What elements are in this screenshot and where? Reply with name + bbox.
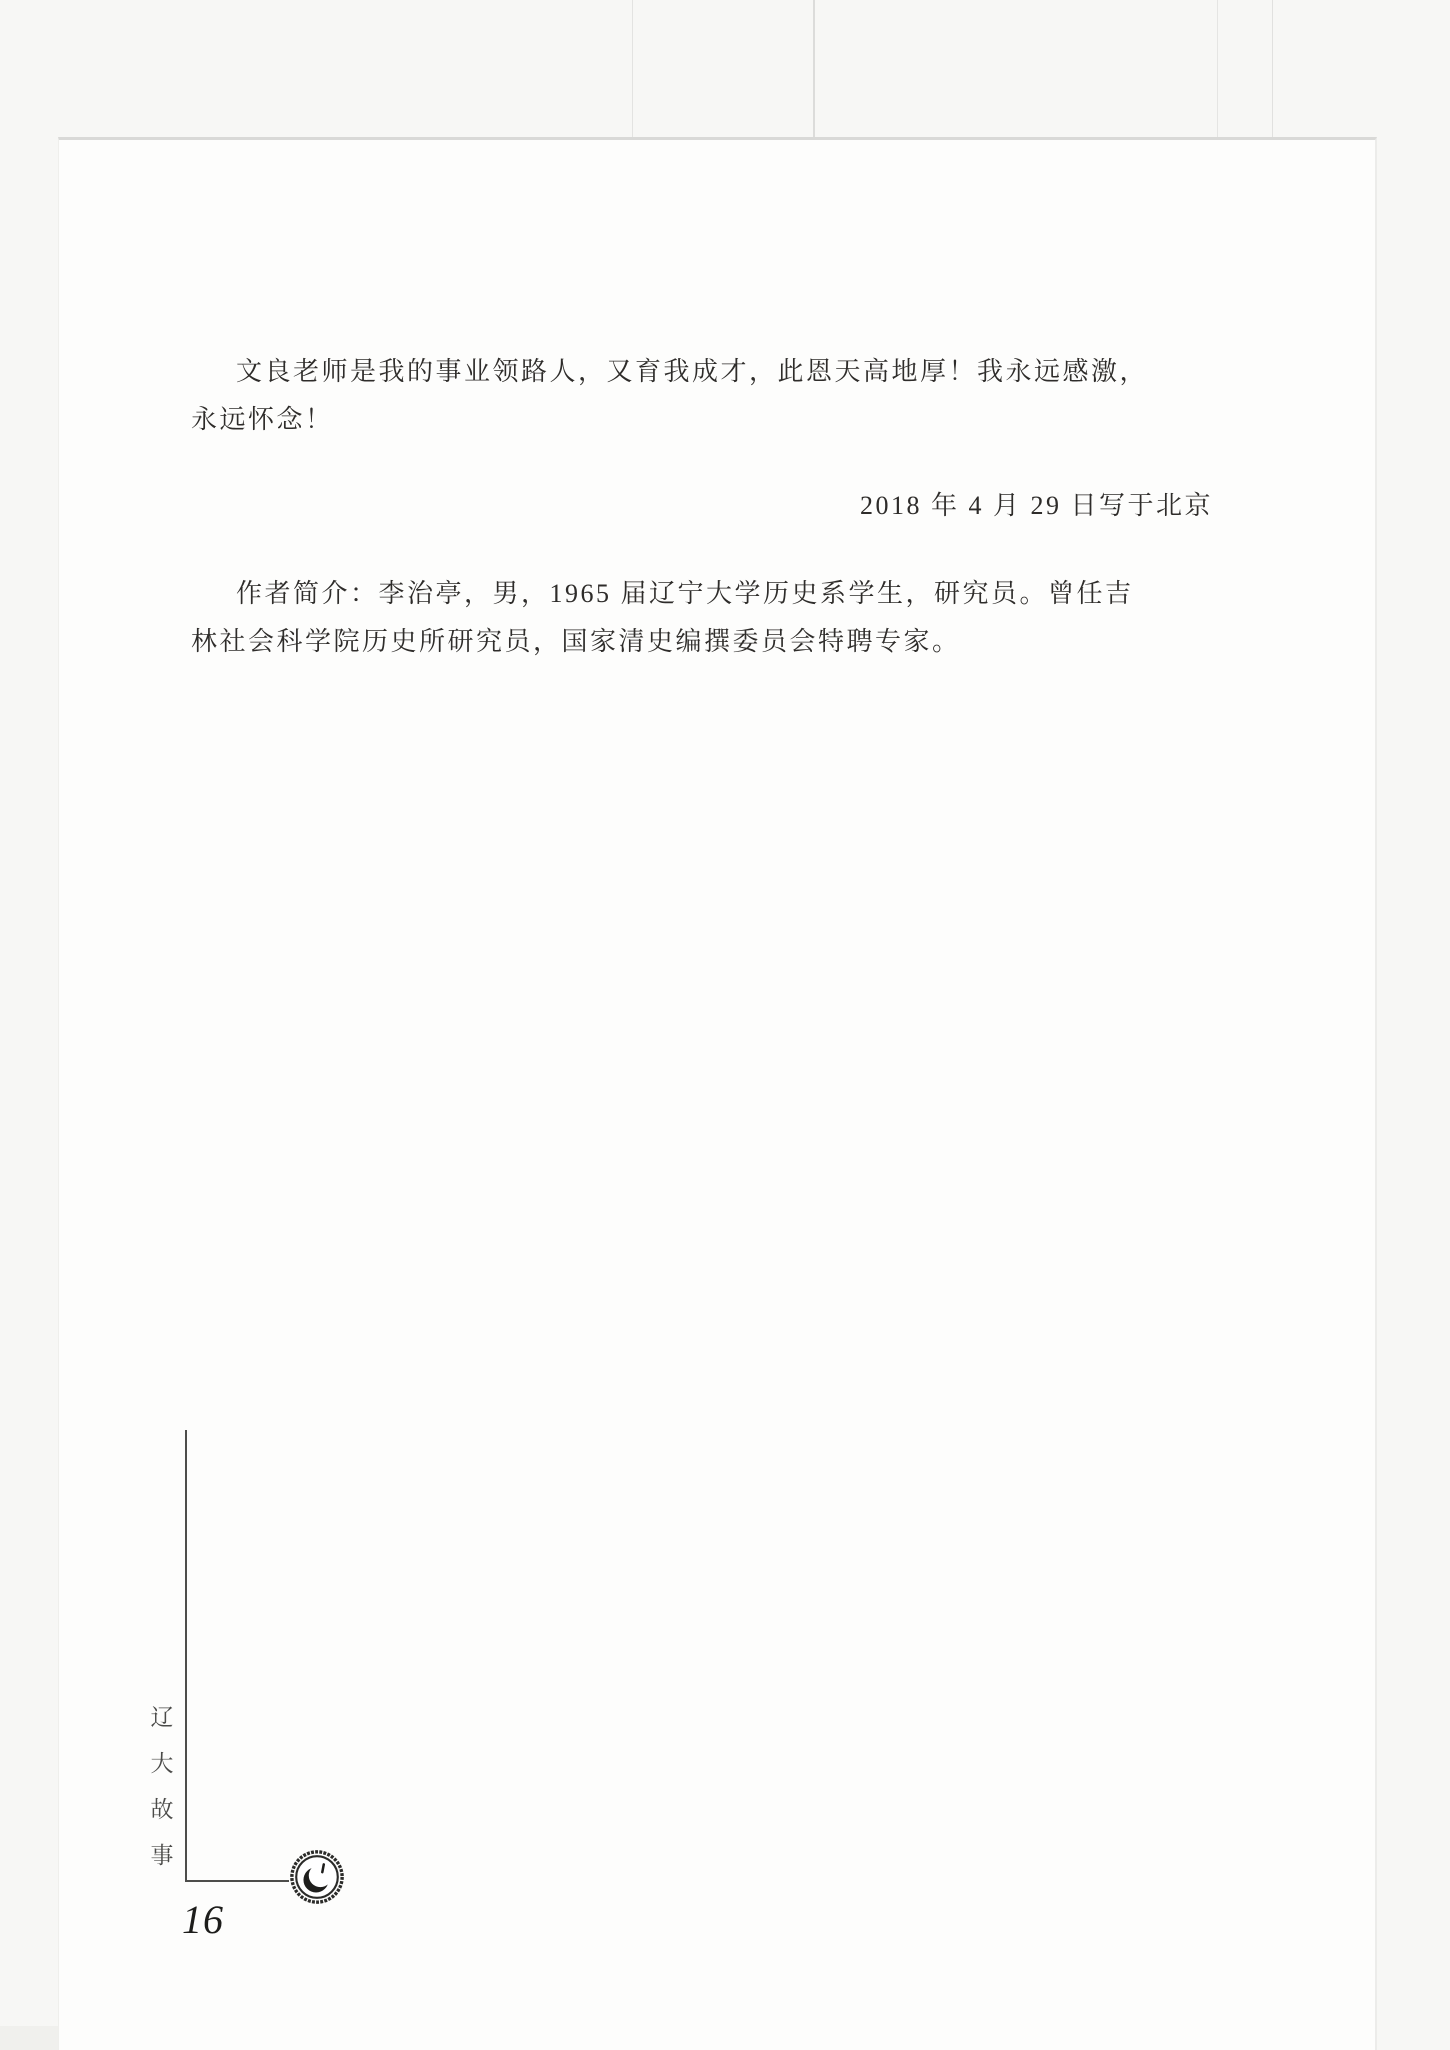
scan-streak-line: [1217, 0, 1218, 139]
bio-line: 林社会科学院历史所研究员，国家清史编撰委员会特聘专家。: [191, 618, 1148, 666]
paragraph-line: 永远怀念！: [191, 396, 1148, 444]
series-title-char: 大: [151, 1752, 174, 1775]
dateline: 2018 年 4 月 29 日写于北京: [191, 482, 1213, 530]
page-number: 16: [182, 1896, 224, 1944]
publisher-seal-icon: [288, 1848, 346, 1906]
series-title-vertical: 辽 大 故 事: [147, 1706, 177, 1867]
series-title-char: 辽: [151, 1706, 174, 1729]
page-content: 文良老师是我的事业领路人，又育我成才，此恩天高地厚！我永远感激， 永远怀念！ 2…: [59, 140, 1375, 666]
author-bio: 作者简介：李治亭，男，1965 届辽宁大学历史系学生，研究员。曾任吉 林社会科学…: [191, 570, 1148, 666]
scan-streak-line: [632, 0, 633, 137]
scan-streak-line: [813, 0, 815, 142]
series-title-char: 事: [151, 1844, 174, 1867]
bio-line: 作者简介：李治亭，男，1965 届辽宁大学历史系学生，研究员。曾任吉: [191, 570, 1148, 618]
paragraph-appreciation: 文良老师是我的事业领路人，又育我成才，此恩天高地厚！我永远感激， 永远怀念！: [191, 348, 1148, 444]
scan-backdrop: 文良老师是我的事业领路人，又育我成才，此恩天高地厚！我永远感激， 永远怀念！ 2…: [0, 0, 1450, 2050]
footer-vertical-rule: [185, 1430, 187, 1882]
paragraph-line: 文良老师是我的事业领路人，又育我成才，此恩天高地厚！我永远感激，: [191, 348, 1148, 396]
scan-streak-line: [1272, 0, 1273, 139]
footer-horizontal-rule: [185, 1880, 289, 1882]
series-title-char: 故: [151, 1798, 174, 1821]
book-page: 文良老师是我的事业领路人，又育我成才，此恩天高地厚！我永远感激， 永远怀念！ 2…: [58, 137, 1377, 2050]
